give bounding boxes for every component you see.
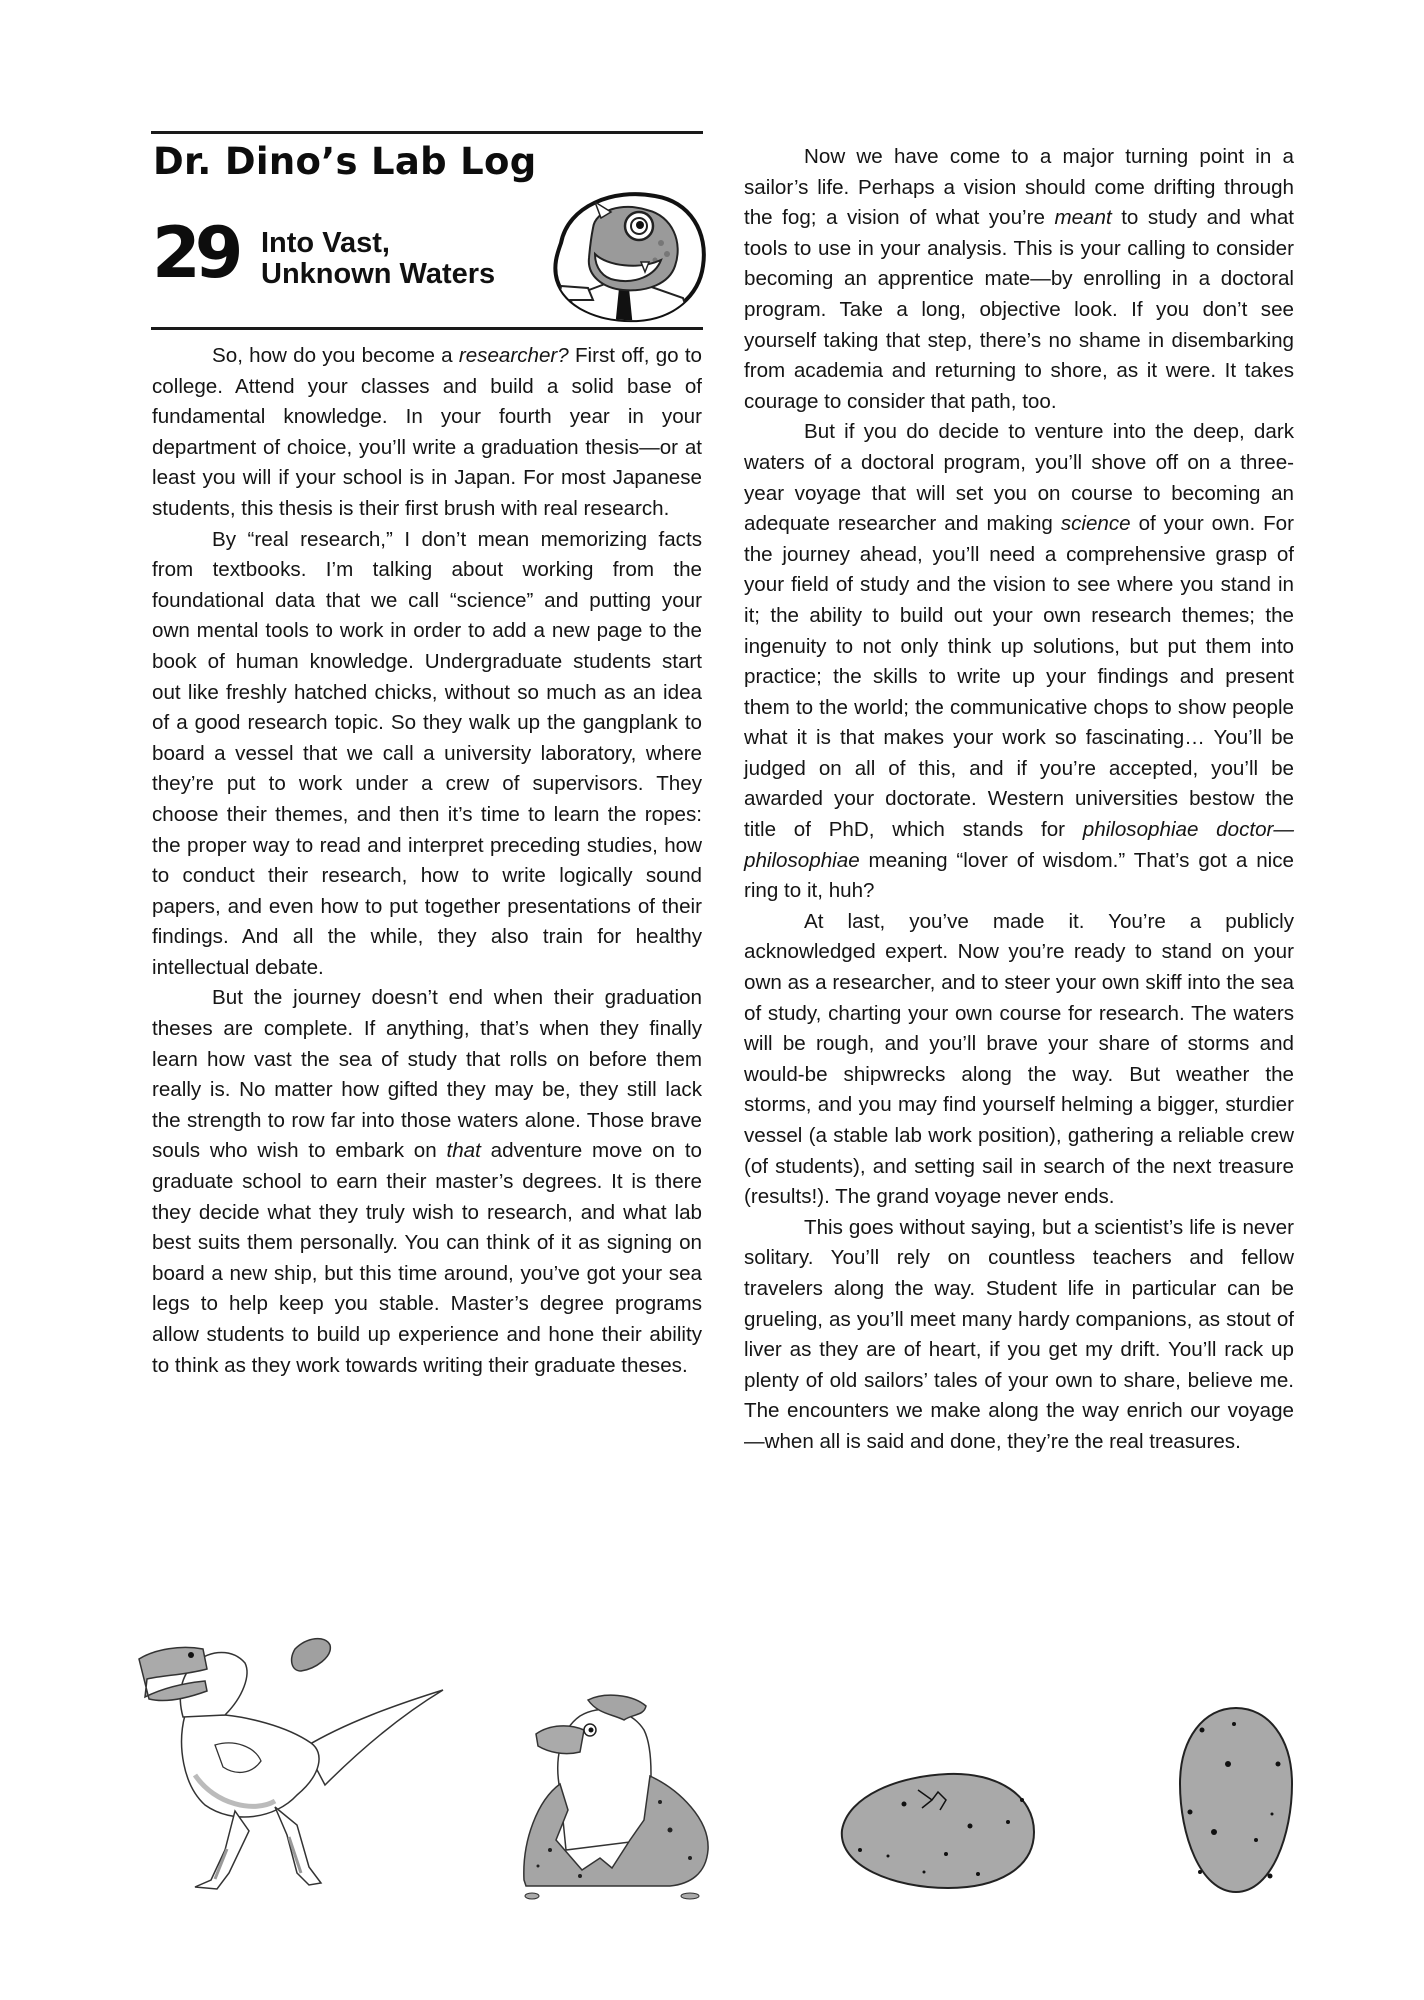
dr-dino-portrait-icon [543,188,713,323]
paragraph: So, how do you become a researcher? Firs… [152,341,702,525]
hatching-raptor-icon [520,1690,715,1905]
text-run: But the journey doesn’t end when their g… [152,986,702,1162]
grown-raptor-icon [125,1635,455,1915]
text-run: This goes without saying, but a scientis… [744,1216,1294,1453]
paragraph: This goes without saying, but a scientis… [744,1213,1294,1458]
text-run: By “real research,” I don’t mean memoriz… [152,528,702,979]
series-title: Dr. Dino’s Lab Log [153,140,537,183]
header-bottom-rule [151,327,703,330]
text-run: adventure move on to graduate school to … [152,1139,702,1376]
italic-text: researcher? [459,344,569,367]
paragraph: But the journey doesn’t end when their g… [152,983,702,1381]
header-top-rule [151,131,703,134]
upright-egg-icon [1176,1704,1296,1896]
paragraph: At last, you’ve made it. You’re a public… [744,907,1294,1213]
episode-title: Into Vast, Unknown Waters [261,228,495,290]
right-column: Now we have come to a major turning poin… [744,142,1294,1458]
italic-text: science [1061,512,1131,535]
left-column: So, how do you become a researcher? Firs… [152,341,702,1381]
episode-title-line-1: Into Vast, [261,228,495,259]
text-run: So, how do you become a [212,344,459,367]
text-run: to study and what tools to use in your a… [744,206,1294,413]
episode-number: 29 [152,218,237,288]
text-run: of your own. For the journey ahead, you’… [744,512,1294,841]
paragraph: Now we have come to a major turning poin… [744,142,1294,417]
cracking-egg-icon [838,1770,1038,1895]
text-run: First off, go to college. Attend your cl… [152,344,702,520]
text-run: At last, you’ve made it. You’re a public… [744,910,1294,1208]
paragraph: By “real research,” I don’t mean memoriz… [152,525,702,984]
italic-text: meant [1054,206,1111,229]
italic-text: that [446,1139,480,1162]
document-page: Dr. Dino’s Lab Log 29 Into Vast, Unknown… [0,0,1424,2000]
paragraph: But if you do decide to venture into the… [744,417,1294,907]
episode-title-line-2: Unknown Waters [261,259,495,290]
